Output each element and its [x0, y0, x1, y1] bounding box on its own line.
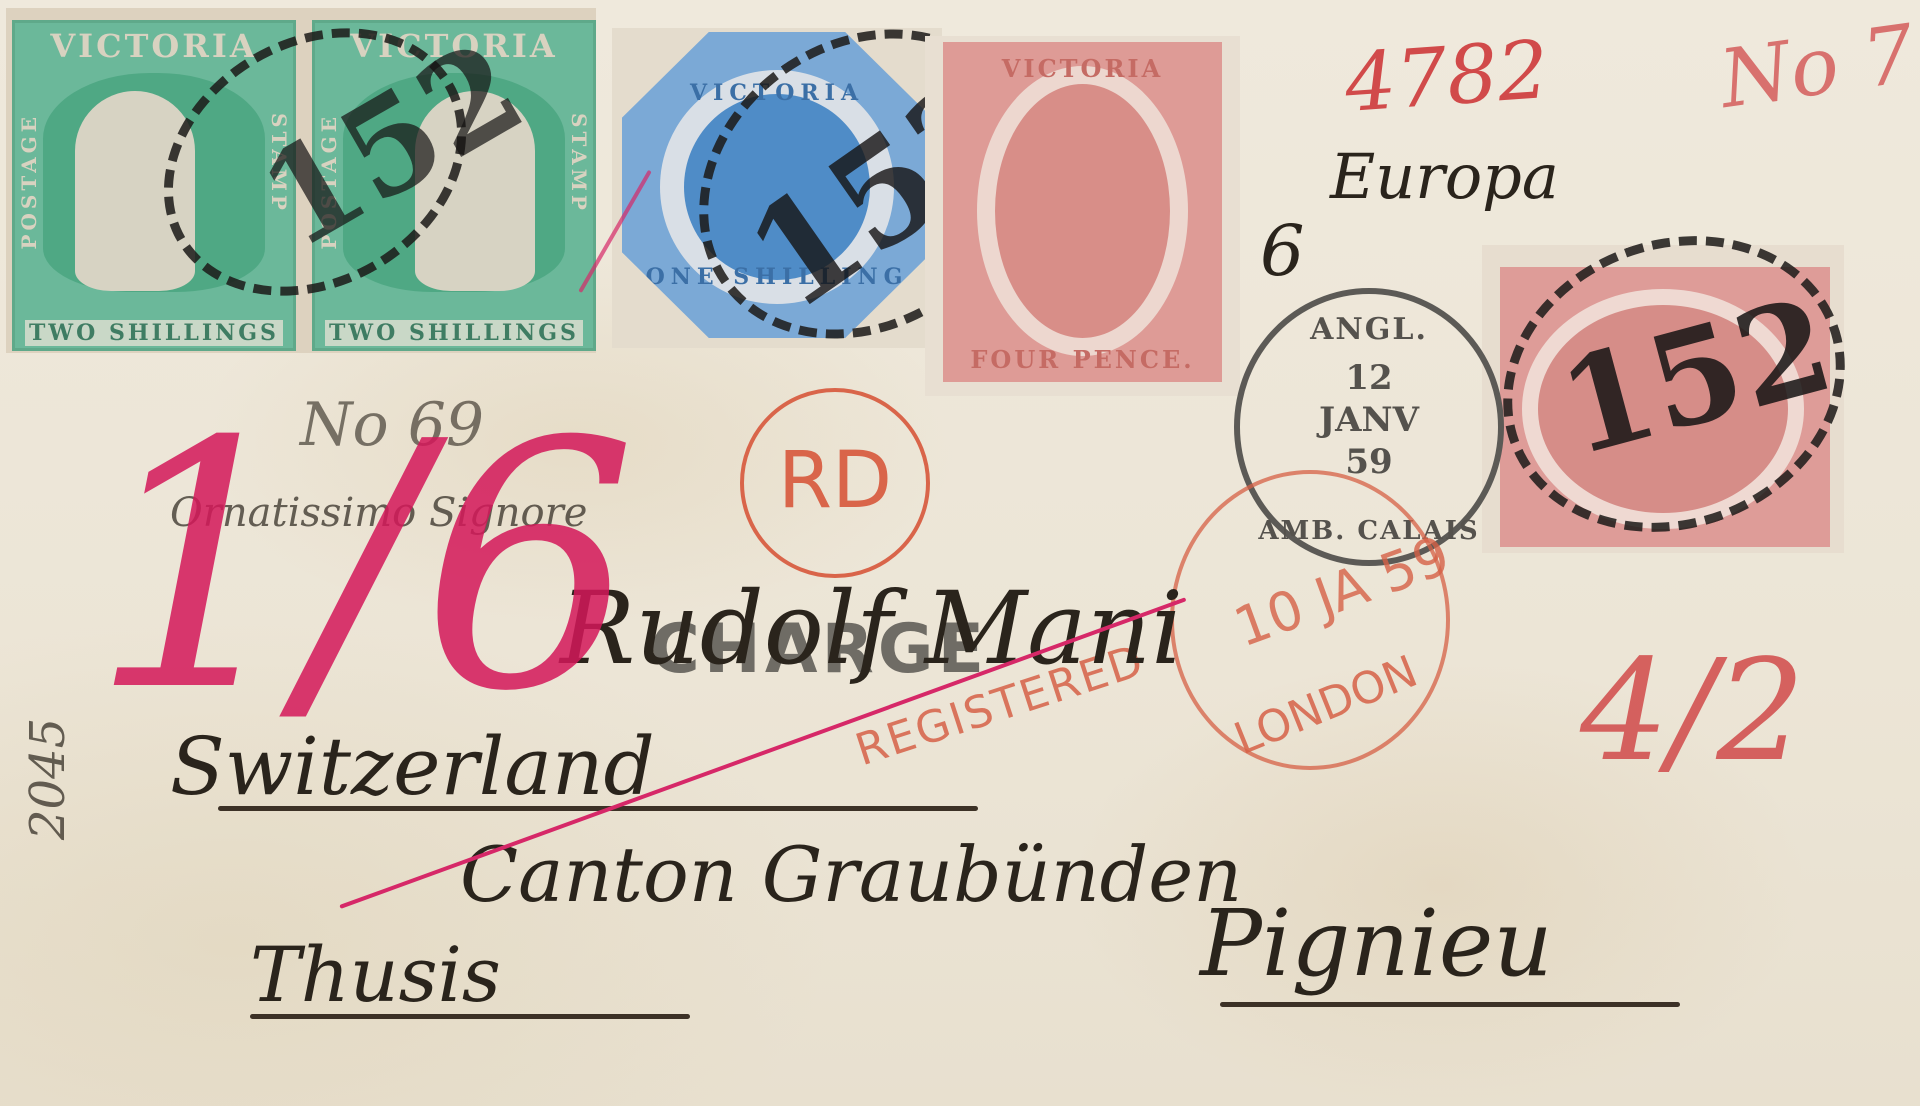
- manuscript-red-number: 4782: [1342, 23, 1552, 130]
- address-via: Thusis: [250, 930, 501, 1019]
- postal-cover: VICTORIA POSTAGE STAMP TWO SHILLINGS VIC…: [0, 0, 1920, 1106]
- postmark-month: JANV: [1240, 400, 1498, 440]
- addressee-name: Rudolf Mani: [560, 570, 1183, 687]
- stamp-value-label: TWO SHILLINGS: [25, 320, 283, 346]
- postmark-text: ANGL.: [1240, 312, 1498, 347]
- manuscript-magenta-rate: 1/6: [90, 370, 637, 766]
- rd-circle-postmark: RD: [740, 388, 930, 578]
- stamp-pair-two-shillings: VICTORIA POSTAGE STAMP TWO SHILLINGS VIC…: [6, 8, 596, 353]
- address-canton: Canton Graubünden: [460, 830, 1242, 919]
- manuscript-route: Europa: [1330, 140, 1559, 213]
- stamp-four-pence: VICTORIA FOUR PENCE.: [925, 36, 1240, 396]
- manuscript-numeral: 6: [1260, 210, 1305, 292]
- manuscript-red-number: No 7: [1714, 7, 1920, 126]
- stamp-side-label: STAMP: [567, 113, 591, 214]
- queen-portrait: [977, 66, 1188, 356]
- address-town: Pignieu: [1200, 890, 1553, 997]
- underline: [250, 1014, 690, 1019]
- side-number: 2045: [20, 718, 76, 840]
- stamp-country-label: VICTORIA: [925, 54, 1240, 83]
- manuscript-rate: 4/2: [1580, 630, 1805, 793]
- postmark-day: 12: [1240, 358, 1498, 398]
- stamp-side-label: POSTAGE: [17, 113, 41, 250]
- stamp-value-label: TWO SHILLINGS: [325, 320, 583, 346]
- stamp-value-label: FOUR PENCE.: [925, 345, 1240, 374]
- underline: [1220, 1002, 1680, 1007]
